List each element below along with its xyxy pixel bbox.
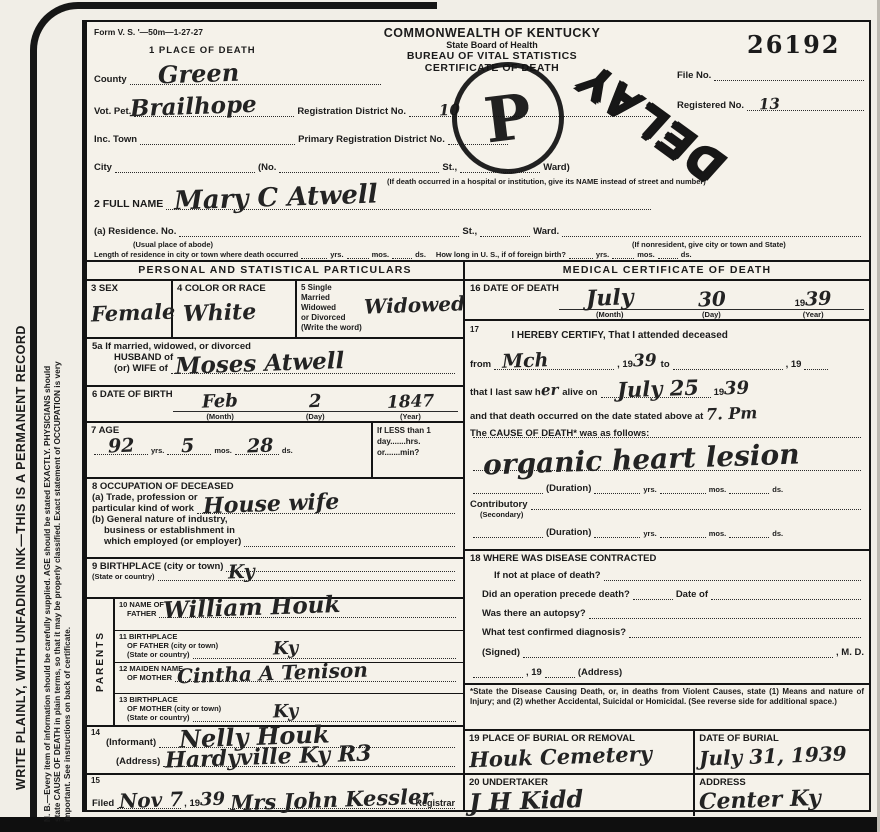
- lastsaw-19: 19: [714, 387, 725, 398]
- county-value: Green: [157, 61, 239, 88]
- undertaker-value: J H Kidd: [469, 787, 584, 815]
- signed-blank: [523, 653, 833, 658]
- sex-label: 3 SEX: [91, 283, 167, 294]
- mother-blank: Cintha A Tenison: [175, 677, 456, 682]
- duration2-yrs-blank: [594, 533, 640, 538]
- informant-number: 14: [91, 728, 100, 737]
- primary-district-label: Primary Registration District No.: [298, 134, 445, 145]
- sex-color-marital-row: 3 SEX Female 4 COLOR OR RACE White 5 Sin…: [87, 281, 463, 339]
- duration-lead-blank: [473, 489, 543, 494]
- ward-label: Ward): [543, 162, 570, 173]
- spouse-value: Moses Atwell: [174, 349, 344, 378]
- addr19-blank: [545, 673, 575, 678]
- father-label-2: FATHER: [127, 609, 156, 618]
- dod-day-cell: 30 (Day): [661, 289, 763, 319]
- dob-day-value: 2: [309, 393, 322, 411]
- county-blank: Green: [130, 80, 381, 85]
- street-label: St.,: [442, 162, 457, 173]
- undertaker-row: 20 UNDERTAKER J H Kidd ADDRESS Center Ky: [465, 775, 869, 816]
- duration2-yrs: yrs.: [643, 529, 656, 538]
- margin-note-line2: state CAUSE OF DEATH in plain terms, so …: [52, 361, 62, 822]
- dod-year-caption: (Year): [762, 310, 864, 319]
- full-name-value: Mary C Atwell: [174, 181, 378, 214]
- filed-row: 15 Filed Nov 7 , 19 39 Mrs John Kessler …: [87, 775, 463, 811]
- wife-label: (or) WIFE of: [114, 363, 168, 374]
- filed-number: 15: [91, 776, 100, 785]
- registrar-label: Registrar: [415, 798, 455, 808]
- duration2-ds: ds.: [772, 529, 783, 538]
- dob-month-caption: (Month): [173, 412, 268, 421]
- columns: PERSONAL AND STATISTICAL PARTICULARS 3 S…: [87, 260, 869, 810]
- length-of-residence-row: Length of residence in city or town wher…: [94, 250, 864, 259]
- residence-label: (a) Residence. No.: [94, 226, 176, 237]
- q3-blank: [589, 614, 861, 619]
- cause-block: organic heart lesion (Duration) yrs. mos…: [465, 421, 869, 497]
- street-no-label: (No.: [258, 162, 276, 173]
- margin-note-line3: important. See instructions on back of c…: [62, 361, 72, 822]
- dob-year-value: 1847: [386, 393, 434, 412]
- certificate-number: 26192: [747, 30, 841, 59]
- q3-label: Was there an autopsy?: [482, 608, 586, 619]
- duration-yrs-blank: [594, 489, 640, 494]
- duration2-mos-blank: [660, 533, 706, 538]
- length-ds: ds.: [415, 250, 426, 259]
- dod-day-caption: (Day): [661, 310, 763, 319]
- length-label: Length of residence in city or town wher…: [94, 250, 298, 259]
- duration2-lead-blank: [473, 533, 543, 538]
- length-mos-blank: [347, 254, 369, 259]
- informant-row: 14 (Informant) Nelly Houk (Address) Hard…: [87, 727, 463, 775]
- filed-19: , 19: [184, 798, 200, 809]
- q2-label: Did an operation precede death?: [482, 589, 630, 600]
- father-birthplace-row: 11 BIRTHPLACE OF FATHER (city or town) (…: [115, 631, 463, 663]
- q2b-blank: [711, 595, 861, 600]
- residence-ward-label: Ward.: [533, 226, 559, 237]
- addr19-label: , 19: [526, 667, 542, 678]
- residence-blank: [179, 232, 459, 237]
- personal-column: PERSONAL AND STATISTICAL PARTICULARS 3 S…: [87, 262, 465, 810]
- abode-note: (Usual place of abode): [133, 240, 213, 249]
- howlong-yrs: yrs.: [596, 250, 609, 259]
- father-bp-blank: Ky: [193, 654, 456, 659]
- to-blank: [673, 365, 783, 370]
- occupation-a2: particular kind of work: [92, 503, 194, 514]
- dod-year-value: 39: [805, 290, 832, 310]
- residence-ward-blank: [562, 232, 861, 237]
- employer-blank: [244, 542, 455, 547]
- dod-year-cell: 1939 (Year): [762, 290, 864, 319]
- birthplace-blank: [226, 567, 455, 572]
- occupation-row: 8 OCCUPATION OF DECEASED (a) Trade, prof…: [87, 479, 463, 559]
- inc-town-label: Inc. Town: [94, 134, 137, 145]
- duration-ds-blank: [729, 489, 769, 494]
- duration2-label: (Duration): [546, 527, 591, 538]
- registered-no-label: Registered No.: [677, 100, 744, 111]
- dod-day-value: 30: [697, 289, 726, 310]
- length-ds-blank: [392, 254, 412, 259]
- age-mos-unit: mos.: [214, 446, 232, 455]
- dob-day-cell: 2 (Day): [268, 393, 363, 421]
- burial-place-value: Houk Cemetery: [469, 743, 653, 770]
- duration-ds: ds.: [772, 485, 783, 494]
- residence-row: (a) Residence. No. St., Ward.: [94, 226, 864, 237]
- howlong-ds-blank: [658, 254, 678, 259]
- informant-address-blank: Hardyville Ky R3: [163, 762, 455, 767]
- residence-st-blank: [480, 232, 530, 237]
- county-row: County Green: [94, 74, 384, 85]
- age-cell: 7 AGE 92 yrs. 5 mos. 28 ds.: [87, 423, 371, 477]
- place-of-death-heading: 1 PLACE OF DEATH: [149, 45, 256, 56]
- street-no-blank: [279, 168, 439, 173]
- q2-blank: [633, 595, 673, 600]
- registered-no-row: Registered No. 13: [677, 100, 867, 111]
- duration-label: (Duration): [546, 483, 591, 494]
- city-blank: [115, 168, 255, 173]
- lastsaw-er: er: [540, 383, 558, 399]
- spouse-blank: Moses Atwell: [171, 369, 455, 374]
- father-value: William Houk: [163, 593, 341, 622]
- signed-label: (Signed): [482, 647, 520, 658]
- dod-19: 19: [795, 298, 806, 309]
- margin-note: N. B.—Every item of information should b…: [42, 361, 72, 822]
- age-months-value: 5: [181, 437, 195, 456]
- howlong-ds: ds.: [681, 250, 692, 259]
- spouse-row: 5a If married, widowed, or divorced HUSB…: [87, 339, 463, 387]
- birthplace-caption: (State or country): [92, 572, 155, 581]
- marital-cell: 5 Single Married Widowed or Divorced (Wr…: [297, 281, 463, 337]
- lastsaw-label: that I last saw h: [470, 387, 541, 398]
- contributory-blank: [531, 505, 861, 510]
- inc-town-row: Inc. Town Primary Registration District …: [94, 134, 654, 145]
- voting-precinct-value: Brailhope: [130, 93, 257, 120]
- certify-number: 17: [470, 325, 479, 334]
- full-name-blank: Mary C Atwell: [166, 205, 651, 210]
- color-label: 4 COLOR OR RACE: [177, 283, 291, 294]
- date-of-death-row: 16 DATE OF DEATH July (Month) 30 (Day) 1…: [465, 281, 869, 321]
- from-19: , 19: [617, 359, 633, 370]
- informant-address-value: Hardyville Ky R3: [165, 742, 372, 771]
- howlong-mos-blank: [612, 254, 634, 259]
- contributory-block: Contributory (Secondary) (Duration) yrs.…: [465, 497, 869, 551]
- to-19: , 19: [786, 359, 802, 370]
- certify-text: I HEREBY CERTIFY, That I attended deceas…: [511, 330, 728, 341]
- burial-date-cell: DATE OF BURIAL July 31, 1939: [695, 731, 869, 773]
- dod-month-cell: July (Month): [559, 287, 661, 319]
- registration-district-label: Registration District No.: [297, 106, 406, 117]
- mother-label-2: OF MOTHER: [127, 673, 172, 682]
- dob-year-caption: (Year): [363, 412, 458, 421]
- age-yrs-unit: yrs.: [151, 446, 164, 455]
- dod-month-value: July: [586, 286, 634, 310]
- occupation-b2: business or establishment in: [104, 525, 458, 536]
- file-no-blank: [714, 76, 864, 81]
- from-year: 39: [633, 353, 657, 371]
- scan-bottom-bar: [0, 817, 880, 832]
- howlong-yrs-blank: [569, 254, 593, 259]
- registered-no-value: 13: [759, 97, 780, 113]
- occupation-value: House wife: [203, 491, 340, 518]
- registered-no-blank: 13: [747, 106, 864, 111]
- if-less-cell: If LESS than 1 day.......hrs. or.......m…: [371, 423, 463, 477]
- q2b-label: Date of: [676, 589, 708, 600]
- undertaker-address-value: Center Ky: [699, 787, 822, 813]
- inc-town-blank: [140, 140, 295, 145]
- occupation-b3: which employed (or employer): [104, 536, 241, 547]
- dob-month-value: Feb: [202, 392, 238, 411]
- voting-precinct-blank: Brailhope: [134, 112, 294, 117]
- father-name-row: 10 NAME OF FATHER William Houk: [115, 599, 463, 631]
- margin-warning: WRITE PLAINLY, WITH UNFADING INK—THIS IS…: [14, 325, 28, 790]
- undertaker-address-cell: ADDRESS Center Ky: [695, 775, 869, 816]
- to-year-blank: [804, 365, 828, 370]
- alive-label: alive on: [562, 387, 597, 398]
- voting-precinct-row: Vot. Pet. Brailhope Registration Distric…: [94, 106, 654, 117]
- q1-label: If not at place of death?: [494, 570, 601, 581]
- scanned-death-certificate: N. B.—Every item of information should b…: [0, 0, 880, 832]
- footnote-block: *State the Disease Causing Death, or, in…: [465, 685, 869, 731]
- form-number: Form V. S. '—50m—1-27-27: [94, 27, 203, 37]
- if-less-line3: or.......min?: [377, 447, 459, 458]
- sex-cell: 3 SEX Female: [87, 281, 173, 337]
- informant-address-label: (Address): [116, 756, 160, 767]
- dob-month-cell: Feb (Month): [173, 393, 268, 421]
- if-less-line2: day.......hrs.: [377, 436, 459, 447]
- medical-column: MEDICAL CERTIFICATE OF DEATH 16 DATE OF …: [465, 262, 869, 810]
- length-mos: mos.: [372, 250, 390, 259]
- from-label: from: [470, 359, 491, 370]
- city-label: City: [94, 162, 112, 173]
- board-line: State Board of Health: [342, 40, 642, 50]
- voting-precinct-label: Vot. Pet.: [94, 106, 131, 117]
- nonresident-note: (If nonresident, give city or town and S…: [632, 240, 786, 249]
- certify-block: 17 I HEREBY CERTIFY, That I attended dec…: [465, 321, 869, 421]
- county-label: County: [94, 74, 127, 85]
- dod-month-caption: (Month): [559, 310, 661, 319]
- dob-label: 6 DATE OF BIRTH: [92, 389, 173, 400]
- cause-line-1: [473, 433, 861, 438]
- dod-label: 16 DATE OF DEATH: [470, 283, 559, 294]
- age-ds-unit: ds.: [282, 446, 293, 455]
- full-name-label: 2 FULL NAME: [94, 198, 163, 210]
- birthplace-label: 9 BIRTHPLACE (city or town): [92, 561, 223, 572]
- burial-place-cell: 19 PLACE OF BURIAL OR REMOVAL Houk Cemet…: [465, 731, 695, 773]
- parents-vertical-label: PARENTS: [87, 599, 115, 725]
- duration-yrs: yrs.: [643, 485, 656, 494]
- mother-name-row: 12 MAIDEN NAME OF MOTHER Cintha A Teniso…: [115, 663, 463, 695]
- duration2-ds-blank: [729, 533, 769, 538]
- parents-label-text: PARENTS: [95, 631, 106, 692]
- filed-year-value: 39: [200, 791, 226, 810]
- file-no-label: File No.: [677, 70, 711, 81]
- from-value: Mch: [502, 351, 549, 372]
- howlong-label: How long in U. S., if of foreign birth?: [436, 250, 566, 259]
- sex-value: Female: [91, 301, 176, 325]
- cause-value: organic heart lesion: [483, 440, 800, 479]
- date-signed-blank: [473, 673, 523, 678]
- marital-value: Widowed: [364, 293, 466, 317]
- if-less-line1: If LESS than 1: [377, 425, 459, 436]
- length-yrs-blank: [301, 254, 327, 259]
- occupation-blank: House wife: [197, 509, 455, 514]
- q1-blank: [604, 576, 861, 581]
- howlong-mos: mos.: [637, 250, 655, 259]
- parents-block: PARENTS 10 NAME OF FATHER William Houk 1…: [87, 599, 463, 727]
- filed-date-value: Nov 7: [119, 789, 184, 811]
- file-no-row: File No.: [677, 70, 867, 81]
- registrar-signature: Mrs John Kessler: [230, 785, 433, 813]
- margin-note-line1: N. B.—Every item of information should b…: [42, 361, 52, 822]
- filed-label: Filed: [92, 798, 114, 809]
- md-label: , M. D.: [836, 647, 864, 658]
- medical-title: MEDICAL CERTIFICATE OF DEATH: [465, 262, 869, 281]
- undertaker-cell: 20 UNDERTAKER J H Kidd: [465, 775, 695, 816]
- father-blank: William Houk: [159, 613, 456, 618]
- dob-row: 6 DATE OF BIRTH Feb (Month) 2 (Day) 1847…: [87, 387, 463, 423]
- residence-st-label: St.,: [462, 226, 477, 237]
- personal-title: PERSONAL AND STATISTICAL PARTICULARS: [87, 262, 463, 281]
- color-cell: 4 COLOR OR RACE White: [173, 281, 297, 337]
- marital-line-5: (Write the word): [301, 323, 459, 333]
- contributory-label: Contributory: [470, 499, 528, 510]
- burial-date-value: July 31, 1939: [699, 743, 847, 768]
- hospital-note: (If death occurred in a hospital or inst…: [387, 177, 706, 186]
- dob-year-cell: 1847 (Year): [363, 394, 458, 421]
- birthplace-value: Ky: [227, 563, 254, 583]
- mother-bp-label-3: (State or country): [127, 713, 190, 722]
- burial-row: 19 PLACE OF BURIAL OR REMOVAL Houk Cemet…: [465, 731, 869, 775]
- commonwealth-line: COMMONWEALTH OF KENTUCKY: [342, 26, 642, 40]
- color-value: White: [183, 301, 257, 326]
- address-label: (Address): [578, 667, 622, 678]
- mother-value: Cintha A Tenison: [177, 659, 368, 686]
- cause-line-2: organic heart lesion: [473, 466, 861, 471]
- q4-blank: [629, 633, 861, 638]
- q4-label: What test confirmed diagnosis?: [482, 627, 626, 638]
- duration-mos-blank: [660, 489, 706, 494]
- to-label: to: [661, 359, 670, 370]
- dob-day-caption: (Day): [268, 412, 363, 421]
- father-bp-value: Ky: [272, 639, 298, 660]
- disease-contracted-block: 18 WHERE WAS DISEASE CONTRACTED If not a…: [465, 551, 869, 685]
- age-row: 7 AGE 92 yrs. 5 mos. 28 ds. If LESS than…: [87, 423, 463, 479]
- lastsaw-year: 39: [724, 380, 750, 399]
- lastsaw-value: July 25: [616, 377, 699, 401]
- age-days-value: 28: [247, 437, 274, 457]
- father-bp-label-3: (State or country): [127, 650, 190, 659]
- birthplace-state-blank: Ky: [158, 576, 455, 581]
- secondary-label: (Secondary): [480, 510, 864, 519]
- age-years-value: 92: [108, 437, 135, 457]
- length-yrs: yrs.: [330, 250, 343, 259]
- duration2-mos: mos.: [709, 529, 727, 538]
- informant-label: (Informant): [106, 737, 156, 748]
- duration-mos: mos.: [709, 485, 727, 494]
- full-name-row: 2 FULL NAME Mary C Atwell: [94, 198, 654, 210]
- where-label: 18 WHERE WAS DISEASE CONTRACTED: [470, 553, 864, 564]
